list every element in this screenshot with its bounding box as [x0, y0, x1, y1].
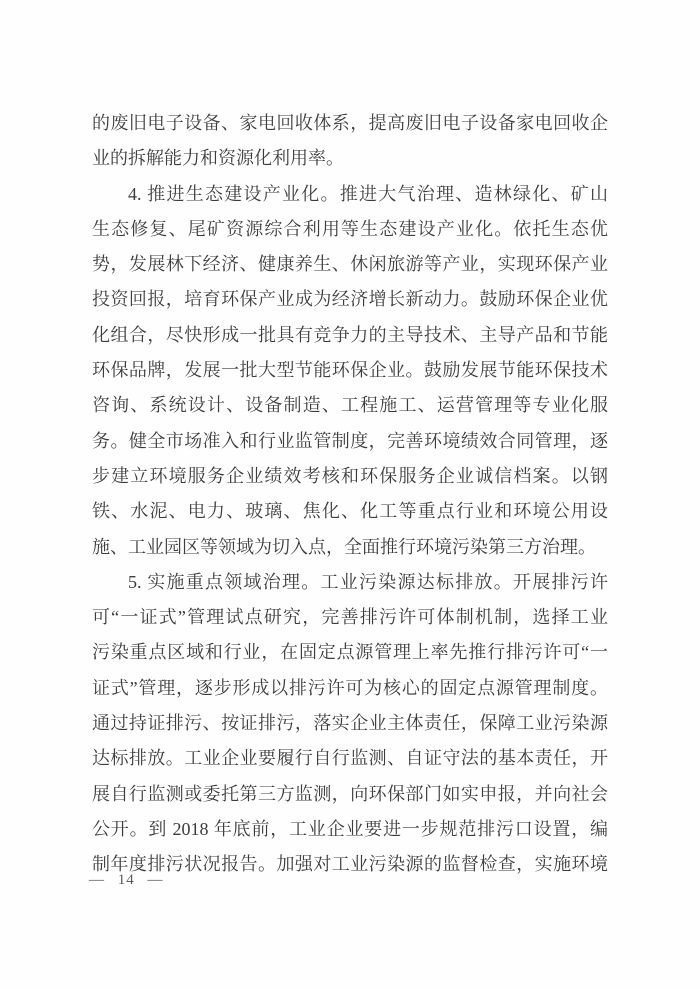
text-line: 证式”管理，逐步形成以排污许可为核心的固定点源管理制度。	[92, 671, 608, 706]
text-line: 的废旧电子设备、家电回收体系，提高废旧电子设备家电回收企	[92, 106, 608, 141]
text-line: 公开。到 2018 年底前，工业企业要进一步规范排污口设置，编	[92, 812, 608, 847]
text-line: 化组合，尽快形成一批具有竞争力的主导技术、主导产品和节能	[92, 318, 608, 353]
text-line: 通过持证排污、按证排污，落实企业主体责任，保障工业污染源	[92, 706, 608, 741]
text-line: 5. 实施重点领域治理。工业污染源达标排放。开展排污许	[92, 565, 608, 600]
text-line: 制年度排污状况报告。加强对工业污染源的监督检查，实施环境	[92, 847, 608, 882]
page-number: — 14 —	[89, 869, 164, 891]
text-line: 污染重点区域和行业，在固定点源管理上率先推行排污许可“一	[92, 635, 608, 670]
paragraph-item-5-key-area-governance: 5. 实施重点领域治理。工业污染源达标排放。开展排污许 可“一证式”管理试点研究…	[92, 565, 608, 883]
text-line: 展自行监测或委托第三方监测，向环保部门如实申报，并向社会	[92, 777, 608, 812]
text-line: 步建立环境服务企业绩效考核和环保服务企业诚信档案。以钢	[92, 459, 608, 494]
text-line: 环保品牌，发展一批大型节能环保企业。鼓励发展节能环保技术	[92, 353, 608, 388]
text-line: 达标排放。工业企业要履行自行监测、自证守法的基本责任，开	[92, 741, 608, 776]
text-line: 业的拆解能力和资源化利用率。	[92, 141, 608, 176]
paragraph-recycling: 的废旧电子设备、家电回收体系，提高废旧电子设备家电回收企 业的拆解能力和资源化利…	[92, 106, 608, 177]
text-line: 务。健全市场准入和行业监管制度，完善环境绩效合同管理，逐	[92, 424, 608, 459]
paragraph-item-4-eco-industrialization: 4. 推进生态建设产业化。推进大气治理、造林绿化、矿山 生态修复、尾矿资源综合利…	[92, 177, 608, 565]
text-line: 咨询、系统设计、设备制造、工程施工、运营管理等专业化服	[92, 388, 608, 423]
text-line: 可“一证式”管理试点研究，完善排污许可体制机制，选择工业	[92, 600, 608, 635]
text-line: 投资回报，培育环保产业成为经济增长新动力。鼓励环保企业优	[92, 282, 608, 317]
document-text-block: 的废旧电子设备、家电回收体系，提高废旧电子设备家电回收企 业的拆解能力和资源化利…	[92, 106, 608, 883]
text-line: 铁、水泥、电力、玻璃、焦化、化工等重点行业和环境公用设	[92, 494, 608, 529]
document-page: 的废旧电子设备、家电回收体系，提高废旧电子设备家电回收企 业的拆解能力和资源化利…	[0, 0, 700, 989]
text-line: 势，发展林下经济、健康养生、休闲旅游等产业，实现环保产业	[92, 247, 608, 282]
text-line: 生态修复、尾矿资源综合利用等生态建设产业化。依托生态优	[92, 212, 608, 247]
text-line: 4. 推进生态建设产业化。推进大气治理、造林绿化、矿山	[92, 177, 608, 212]
text-line: 施、工业园区等领域为切入点，全面推行环境污染第三方治理。	[92, 530, 608, 565]
